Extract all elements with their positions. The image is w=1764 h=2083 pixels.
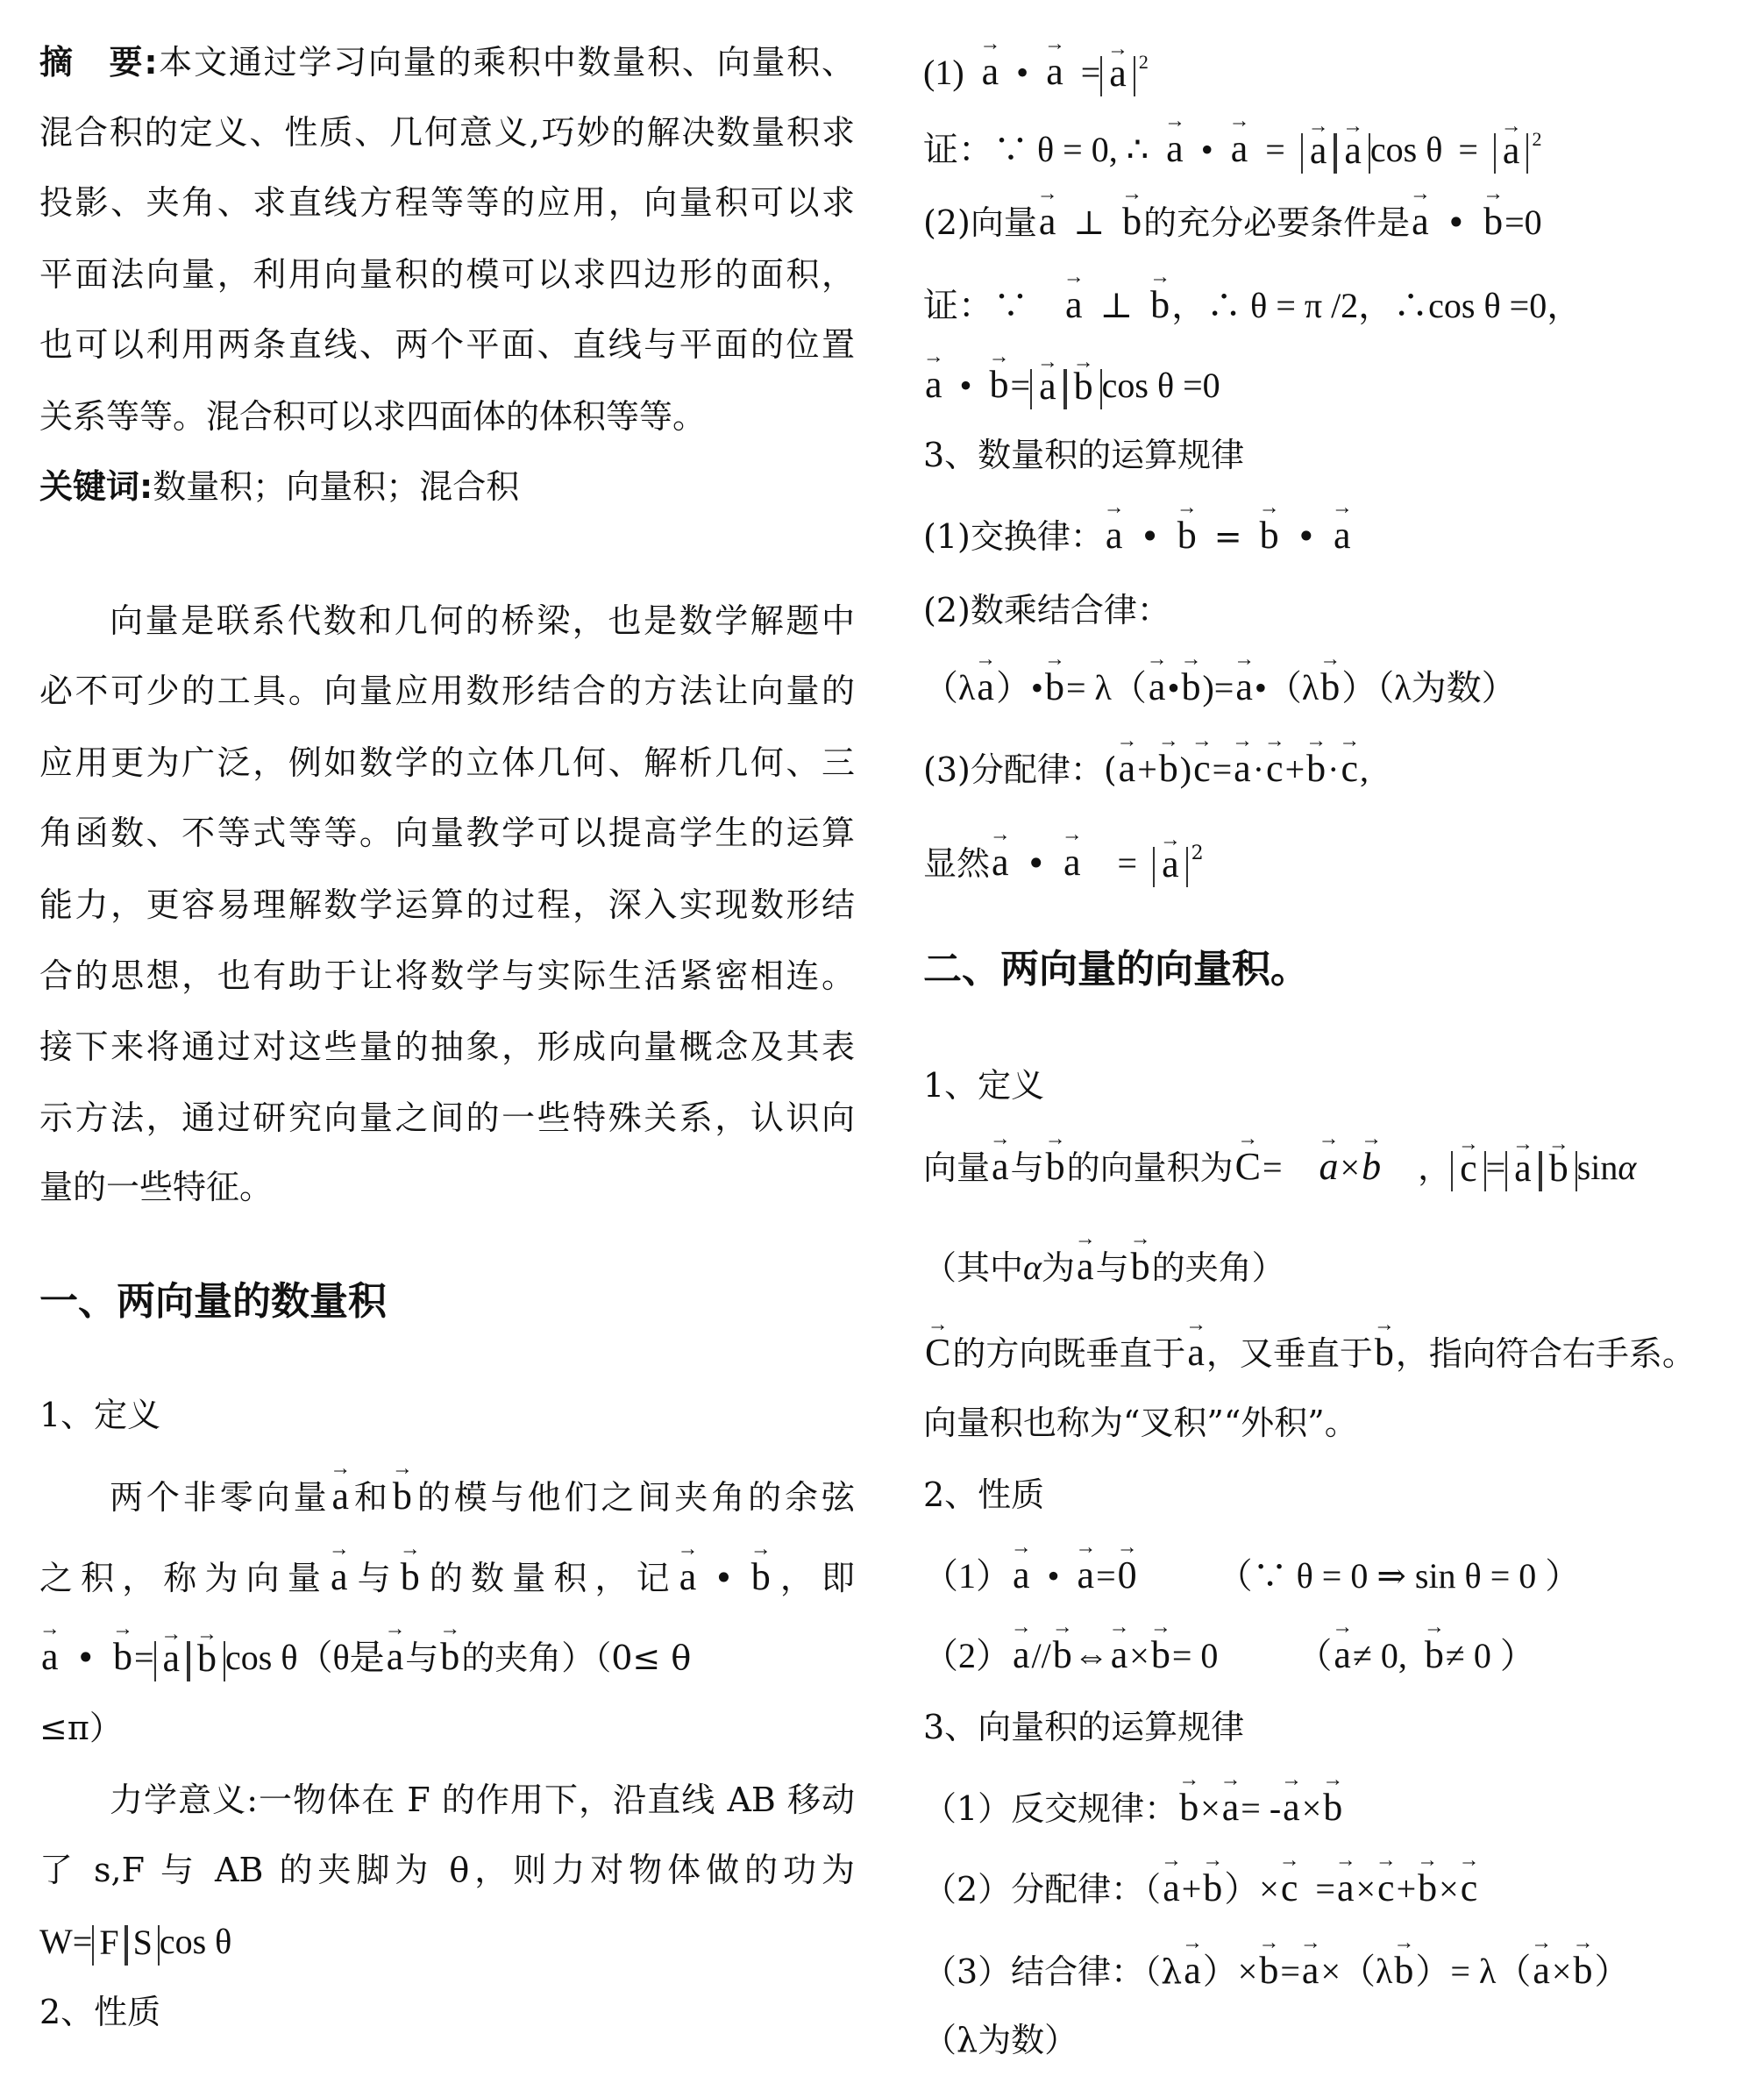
prop-2-statement: (2)向量a⊥b的充分必要条件是a•b=0 bbox=[923, 201, 1542, 243]
abs-a: a bbox=[1100, 56, 1135, 96]
exponent: 2 bbox=[1532, 128, 1541, 150]
dot-operator: • bbox=[714, 1559, 733, 1597]
vector-a: a bbox=[1063, 284, 1085, 326]
plus: + bbox=[1137, 750, 1157, 789]
vector-a: a bbox=[1512, 1151, 1533, 1186]
text: 向量 bbox=[923, 1148, 990, 1187]
dot-operator: • bbox=[1027, 844, 1046, 883]
vector-b: b bbox=[1373, 1332, 1396, 1374]
abstract-line-6: 关系等等。混合积可以求四面体的体积等等。 bbox=[39, 395, 706, 437]
vector-b: b bbox=[1072, 369, 1095, 404]
intro-line-9: 量的一些特征。 bbox=[39, 1166, 273, 1208]
vector-c: c bbox=[1191, 748, 1213, 790]
vector-b: b bbox=[988, 364, 1011, 406]
text: （λ bbox=[923, 668, 975, 707]
text: 证：∵ bbox=[923, 286, 1028, 325]
vector-a: a bbox=[1161, 1867, 1182, 1909]
vector-a: a bbox=[1109, 1634, 1130, 1676]
intro-line-4: 角函数、不等式等等。向量教学可以提高学生的运算 bbox=[39, 812, 855, 854]
text: ）（λ为数） bbox=[1341, 668, 1516, 707]
section-1-def-title: 1、定义 bbox=[39, 1394, 160, 1436]
text: 为 bbox=[1042, 1248, 1075, 1287]
equals: = bbox=[1011, 366, 1031, 405]
text: 与 bbox=[405, 1639, 438, 1677]
prop-2-proof-2: a•b=abcos θ =0 bbox=[923, 364, 1220, 406]
abs-a: a bbox=[1335, 133, 1370, 174]
text: 的方向既垂直于 bbox=[952, 1334, 1185, 1373]
cross-rules-title: 3、向量积的运算规律 bbox=[923, 1706, 1244, 1748]
section-1-props-title: 2、性质 bbox=[39, 1991, 160, 2033]
text: （∵ θ = 0 ⇒ sin θ = 0 ） bbox=[1218, 1556, 1581, 1596]
vector-b: b bbox=[1257, 1950, 1280, 1992]
rule-distributive: (3)分配律：(a+b)c=a·c+b·c, bbox=[923, 748, 1369, 790]
perp-operator: ⊥ bbox=[1073, 203, 1105, 242]
vector-a: a bbox=[1011, 1554, 1032, 1596]
abstract-colon: : bbox=[144, 43, 157, 82]
dot-operator: • bbox=[1140, 517, 1159, 556]
vector-b: b bbox=[1258, 515, 1281, 557]
right-column: (1)a•a=a2 证：∵ θ = 0, ∴a•a=aacos θ=a2 (2)… bbox=[923, 0, 1756, 2083]
vector-a: a bbox=[1160, 847, 1181, 882]
vector-b: b bbox=[1044, 1146, 1067, 1188]
text: ，∴ θ = π /2，∴cos θ =0， bbox=[1171, 286, 1582, 325]
section-2-props-title: 2、性质 bbox=[923, 1474, 1044, 1516]
cross-operator: × bbox=[1355, 1869, 1376, 1909]
displacement-S: S bbox=[133, 1923, 153, 1962]
vector-b: b bbox=[1321, 1787, 1344, 1829]
dot-operator: · bbox=[1253, 750, 1264, 789]
vector-a: a bbox=[1332, 1634, 1353, 1676]
force-F: F bbox=[99, 1923, 118, 1962]
vector-b: b bbox=[1416, 1867, 1439, 1909]
vector-a: a bbox=[1281, 1787, 1302, 1829]
abstract-line-4: 平面法向量，利用向量积的模可以求四边形的面积， bbox=[39, 253, 855, 295]
abstract-line-1: 摘 要:本文通过学习向量的乘积中数量积、向量积、 bbox=[39, 41, 855, 83]
text: 的夹角）（0≤ θ bbox=[461, 1639, 691, 1677]
vector-a: a bbox=[1335, 1867, 1356, 1909]
vector-b: b bbox=[1360, 1146, 1383, 1188]
left-column: 摘 要:本文通过学习向量的乘积中数量积、向量积、 混合积的定义、性质、几何意义,… bbox=[39, 0, 864, 2083]
abstract-label: 摘 要 bbox=[39, 43, 144, 82]
text: ，又垂直于 bbox=[1206, 1334, 1373, 1373]
vector-a: a bbox=[1308, 133, 1329, 168]
text: 显然 bbox=[923, 844, 990, 883]
exponent: 2 bbox=[1191, 842, 1204, 864]
plus: + bbox=[1397, 1869, 1417, 1909]
vector-b: b bbox=[1571, 1950, 1594, 1992]
text: （其中 bbox=[923, 1248, 1023, 1287]
vector-b: b bbox=[111, 1636, 134, 1678]
dot-operator: • bbox=[76, 1639, 96, 1677]
dot-operator: • bbox=[1016, 53, 1028, 92]
vector-b: b bbox=[1149, 1634, 1172, 1676]
vector-a: a bbox=[1332, 515, 1353, 557]
plus: + bbox=[1182, 1869, 1202, 1909]
vector-a: a bbox=[1318, 1146, 1341, 1188]
work-formula: W=FScos θ bbox=[39, 1921, 231, 1963]
abs-S: S bbox=[126, 1925, 160, 1966]
cross-rule-3-note: （λ为数） bbox=[923, 2019, 1078, 2061]
vector-a: a bbox=[1220, 1787, 1241, 1829]
dot-def-line-2: 之积，称为向量a与b的数量积，记a•b，即 bbox=[39, 1556, 855, 1598]
text: （1）反交规律： bbox=[923, 1789, 1177, 1828]
cross-def-line-4: 向量积也称为“叉积”“外积”。 bbox=[923, 1402, 1358, 1444]
prop-1-formula: (1)a•a=a2 bbox=[923, 41, 1149, 83]
abs-a: a bbox=[1494, 133, 1529, 174]
text: = λ（ bbox=[1066, 668, 1147, 707]
section-1-heading: 一、两向量的数量积 bbox=[39, 1277, 387, 1326]
vector-a: a bbox=[1501, 133, 1522, 168]
cross-operator: × bbox=[1302, 1788, 1322, 1828]
vector-c: c bbox=[1459, 1867, 1480, 1909]
text: 的充分必要条件是 bbox=[1143, 203, 1410, 242]
dot-def-range: ≤π） bbox=[39, 1707, 123, 1749]
dot-operator: • bbox=[1447, 203, 1466, 242]
section-2-heading: 二、两向量的向量积。 bbox=[923, 945, 1309, 994]
vector-a: a bbox=[1044, 51, 1065, 93]
equals: = bbox=[134, 1638, 154, 1677]
dot-operator: • bbox=[1201, 130, 1213, 169]
vector-a: a bbox=[1076, 1554, 1097, 1596]
text: = 0 bbox=[1172, 1636, 1219, 1675]
abs-b: b bbox=[1065, 369, 1102, 409]
intro-line-8: 示方法，通过研究向量之间的一些特殊关系，认识向 bbox=[39, 1097, 855, 1139]
equals: = bbox=[1458, 130, 1478, 169]
text: 和 bbox=[351, 1478, 391, 1517]
perp-operator: ⊥ bbox=[1100, 286, 1134, 325]
intro-line-1: 向量是联系代数和几何的桥梁，也是数学解题中 bbox=[39, 600, 855, 642]
vector-c: c bbox=[1264, 748, 1285, 790]
vector-b: b bbox=[399, 1556, 422, 1598]
dot-def-line-1: 两个非零向量a和b的模与他们之间夹角的余弦 bbox=[39, 1475, 855, 1518]
paren: ） bbox=[1594, 1951, 1629, 1991]
text: ）= λ（ bbox=[1415, 1951, 1531, 1991]
dot-def-formula: a•b=abcos θ（θ是a与b的夹角）（0≤ θ bbox=[39, 1636, 691, 1678]
vector-c: c bbox=[1376, 1867, 1397, 1909]
equals: = bbox=[1214, 517, 1242, 556]
equals: = bbox=[1096, 1556, 1116, 1596]
equals: = bbox=[1315, 1869, 1335, 1909]
cross-rule-3: （3）结合律：（λa）×b=a×（λb）= λ（a×b） bbox=[923, 1950, 1629, 1992]
equals: = bbox=[1213, 750, 1233, 789]
exponent: 2 bbox=[1139, 51, 1149, 73]
vector-a: a bbox=[980, 51, 1001, 93]
vector-a: a bbox=[990, 1146, 1011, 1188]
intro-line-5: 能力，更容易理解数学运算的过程，深入实现数形结 bbox=[39, 884, 855, 926]
abstract-text: 本文通过学习向量的乘积中数量积、向量积、 bbox=[158, 43, 855, 82]
text: 的夹角） bbox=[1152, 1248, 1285, 1287]
text: 之积，称为向量 bbox=[39, 1559, 329, 1597]
equals: = bbox=[1265, 130, 1285, 169]
vector-a: a bbox=[1075, 1246, 1096, 1288]
dot-operator: • bbox=[960, 366, 972, 405]
vector-b: b bbox=[1176, 515, 1199, 557]
equals: = - bbox=[1241, 1788, 1281, 1828]
abs-a: a bbox=[1505, 1151, 1540, 1191]
text: 与 bbox=[350, 1559, 399, 1597]
text: （1） bbox=[923, 1556, 1011, 1596]
text: )= bbox=[1202, 668, 1234, 707]
dot-operator: • bbox=[1048, 1556, 1060, 1596]
alpha-symbol: α bbox=[1618, 1148, 1636, 1187]
text: ，即 bbox=[772, 1559, 855, 1597]
vector-a: a bbox=[385, 1636, 406, 1678]
text: (3)分配律：( bbox=[923, 750, 1117, 789]
vector-b: b bbox=[1149, 284, 1171, 326]
text: （3）结合律：（λ bbox=[923, 1952, 1182, 1991]
vector-b: b bbox=[1157, 748, 1180, 790]
equals: = bbox=[1118, 843, 1138, 883]
zero-vector: 0 bbox=[1116, 1554, 1139, 1596]
text: 的数量积，记 bbox=[422, 1559, 678, 1597]
rule-scalar-assoc-formula: （λa）•b= λ（a•b)=a•（λb）（λ为数） bbox=[923, 666, 1517, 708]
text: ）• bbox=[996, 668, 1043, 707]
vector-a: a bbox=[1300, 1950, 1321, 1992]
vector-a: a bbox=[1107, 56, 1128, 91]
abs-a: a bbox=[1030, 369, 1065, 409]
dot-operator: • bbox=[1297, 517, 1316, 556]
abs-a: a bbox=[1153, 847, 1188, 887]
plus: + bbox=[1285, 750, 1305, 789]
dot-operator: • bbox=[1167, 668, 1179, 707]
vector-b: b bbox=[750, 1556, 772, 1598]
cross-rule-1: （1）反交规律：b×a= -a×b bbox=[923, 1787, 1344, 1829]
vector-a: a bbox=[1185, 1332, 1206, 1374]
vector-a: a bbox=[1410, 201, 1431, 243]
vector-a: a bbox=[1011, 1634, 1032, 1676]
vector-b: b bbox=[1179, 666, 1202, 708]
vector-b: b bbox=[1120, 201, 1143, 243]
equals: = bbox=[1280, 1951, 1300, 1991]
paren: ) bbox=[1180, 750, 1191, 789]
vector-a: a bbox=[1182, 1950, 1203, 1992]
text: ×（λ bbox=[1320, 1951, 1392, 1991]
text: ）× bbox=[1224, 1869, 1279, 1909]
vector-c: c bbox=[1339, 748, 1360, 790]
vector-b: b bbox=[1177, 1787, 1200, 1829]
vector-C: C bbox=[1234, 1146, 1263, 1188]
text: ≠ 0 ） bbox=[1446, 1636, 1535, 1675]
rule-commutative: (1)交换律：a•b=b•a bbox=[923, 515, 1353, 557]
text: (1)交换律： bbox=[923, 517, 1104, 556]
alpha-symbol: α bbox=[1023, 1248, 1042, 1287]
keywords-line: 关键词:数量积；向量积；混合积 bbox=[39, 466, 519, 508]
vector-a: a bbox=[331, 1475, 352, 1518]
text: 两个非零向量 bbox=[110, 1478, 331, 1517]
text: 的向量积为 bbox=[1067, 1148, 1234, 1187]
vector-b: b bbox=[196, 1641, 218, 1676]
text: （2）分配律：（ bbox=[923, 1870, 1161, 1909]
vector-b: b bbox=[1547, 1151, 1570, 1186]
vector-b: b bbox=[1043, 666, 1066, 708]
vector-a: a bbox=[1232, 748, 1253, 790]
vector-a: a bbox=[39, 1636, 60, 1678]
vector-a: a bbox=[1164, 128, 1185, 170]
abs-a: a bbox=[154, 1641, 189, 1681]
text: =0 bbox=[1504, 203, 1542, 242]
vector-c: c bbox=[1458, 1151, 1479, 1186]
cross-def-line-3: C的方向既垂直于a，又垂直于b，指向符合右手系。 bbox=[923, 1332, 1696, 1374]
abs-a: a bbox=[1301, 133, 1336, 174]
vector-b: b bbox=[1392, 1950, 1415, 1992]
vector-C: C bbox=[923, 1332, 952, 1374]
keywords-value: 数量积；向量积；混合积 bbox=[153, 467, 519, 506]
text: cos θ bbox=[1370, 130, 1442, 169]
comma: ， bbox=[1418, 1148, 1451, 1187]
equals: = bbox=[1081, 53, 1101, 92]
text: ，指向符合右手系。 bbox=[1396, 1334, 1696, 1373]
abs-b: b bbox=[188, 1641, 225, 1681]
rule-scalar-assoc-title: (2)数乘结合律： bbox=[923, 589, 1170, 631]
cross-operator: × bbox=[1552, 1951, 1572, 1991]
text: 与 bbox=[1011, 1148, 1044, 1187]
prop-1-proof: 证：∵ θ = 0, ∴a•a=aacos θ=a2 bbox=[923, 118, 1541, 160]
mechanics-line-2: 了 s,F 与 AB 的夹脚为 θ，则力对物体做的功为 bbox=[39, 1849, 855, 1891]
comma: , bbox=[1360, 750, 1369, 789]
iff-operator: ⇔ bbox=[1074, 1636, 1109, 1675]
sin-function: sin bbox=[1577, 1148, 1618, 1187]
abstract-line-3: 投影、夹角、求直线方程等等的应用，向量积可以求 bbox=[39, 181, 855, 224]
vector-b: b bbox=[1051, 1634, 1074, 1676]
text: W= bbox=[39, 1922, 92, 1961]
text: cos θ bbox=[160, 1922, 231, 1961]
equals: = bbox=[1486, 1148, 1506, 1187]
cross-def-line-1: 向量a与b的向量积为C=a×b，c=absinα bbox=[923, 1146, 1636, 1188]
vector-b: b bbox=[1423, 1634, 1446, 1676]
vector-a: a bbox=[1229, 128, 1250, 170]
vector-a: a bbox=[1037, 369, 1058, 404]
abs-F: F bbox=[92, 1925, 125, 1966]
vector-a: a bbox=[1104, 515, 1125, 557]
text: ）× bbox=[1203, 1951, 1258, 1991]
text: 证：∵ θ = 0, ∴ bbox=[923, 130, 1149, 169]
abs-c: c bbox=[1451, 1151, 1486, 1191]
text: (2)向量 bbox=[923, 203, 1037, 242]
mechanics-line-1: 力学意义:一物体在 F 的作用下，沿直线 AB 移动 bbox=[39, 1779, 855, 1821]
cross-prop-2: （2）a//b⇔a×b= 0（a≠ 0,b≠ 0 ） bbox=[923, 1634, 1535, 1676]
vector-a: a bbox=[1117, 748, 1138, 790]
text: cos θ（θ是 bbox=[225, 1638, 385, 1677]
cross-prop-1: （1）a•a=0（∵ θ = 0 ⇒ sin θ = 0 ） bbox=[923, 1554, 1580, 1596]
vector-a: a bbox=[678, 1556, 699, 1598]
vector-b: b bbox=[1305, 748, 1327, 790]
intro-line-6: 合的思想，也有助于让将数学与实际生活紧密相连。 bbox=[39, 955, 855, 997]
intro-line-2: 必不可少的工具。向量应用数形结合的方法让向量的 bbox=[39, 670, 855, 712]
abstract-line-5: 也可以利用两条直线、两个平面、直线与平面的位置 bbox=[39, 323, 855, 366]
cross-operator: × bbox=[1200, 1788, 1220, 1828]
vector-b: b bbox=[1129, 1246, 1152, 1288]
paren: （ bbox=[1297, 1636, 1332, 1675]
vector-a: a bbox=[923, 364, 944, 406]
vector-a: a bbox=[161, 1641, 182, 1676]
cross-operator: × bbox=[1341, 1148, 1361, 1187]
cross-operator: × bbox=[1129, 1636, 1149, 1675]
vector-a: a bbox=[1062, 842, 1083, 884]
keywords-label: 关键词 bbox=[39, 467, 139, 506]
vector-a: a bbox=[1531, 1950, 1552, 1992]
cross-rule-2: （2）分配律：（a+b）×c=a×c+b×c bbox=[923, 1867, 1479, 1909]
abs-b: b bbox=[1540, 1151, 1577, 1191]
keywords-colon: : bbox=[139, 467, 153, 506]
text: cos θ =0 bbox=[1102, 366, 1220, 405]
vector-a: a bbox=[1037, 201, 1058, 243]
vector-b: b bbox=[1319, 666, 1341, 708]
equals: = bbox=[1263, 1148, 1283, 1187]
text: •（λ bbox=[1255, 668, 1319, 707]
section-2-def-title: 1、定义 bbox=[923, 1064, 1044, 1106]
dot-operator: · bbox=[1327, 750, 1339, 789]
vector-c: c bbox=[1279, 1867, 1300, 1909]
intro-line-7: 接下来将通过对这些量的抽象，形成向量概念及其表 bbox=[39, 1026, 855, 1068]
obvious-line: 显然a•a=a2 bbox=[923, 833, 1204, 875]
cross-operator: × bbox=[1439, 1869, 1459, 1909]
vector-a: a bbox=[1147, 666, 1168, 708]
vector-b: b bbox=[438, 1636, 461, 1678]
vector-b: b bbox=[391, 1475, 414, 1518]
vector-a: a bbox=[1234, 666, 1255, 708]
prop-2-proof: 证：∵a⊥b，∴ θ = π /2，∴cos θ =0， bbox=[923, 284, 1582, 326]
text: （2） bbox=[923, 1636, 1011, 1675]
text: (1) bbox=[923, 53, 964, 92]
vector-a: a bbox=[990, 842, 1011, 884]
dot-rules-title: 3、数量积的运算规律 bbox=[923, 434, 1244, 476]
text: ≠ 0, bbox=[1353, 1636, 1407, 1675]
vector-a: a bbox=[329, 1556, 350, 1598]
cross-def-line-2: （其中α为a与b的夹角） bbox=[923, 1246, 1285, 1288]
vector-a: a bbox=[975, 666, 996, 708]
text: 的模与他们之间夹角的余弦 bbox=[414, 1478, 855, 1517]
intro-line-3: 应用更为广泛，例如数学的立体几何、解析几何、三 bbox=[39, 742, 855, 784]
vector-a: a bbox=[1342, 133, 1363, 168]
abstract-line-2: 混合积的定义、性质、几何意义,巧妙的解决数量积求 bbox=[39, 111, 855, 153]
vector-b: b bbox=[1482, 201, 1504, 243]
vector-b: b bbox=[1201, 1867, 1224, 1909]
parallel-operator: // bbox=[1032, 1636, 1051, 1675]
text: 与 bbox=[1096, 1248, 1129, 1287]
